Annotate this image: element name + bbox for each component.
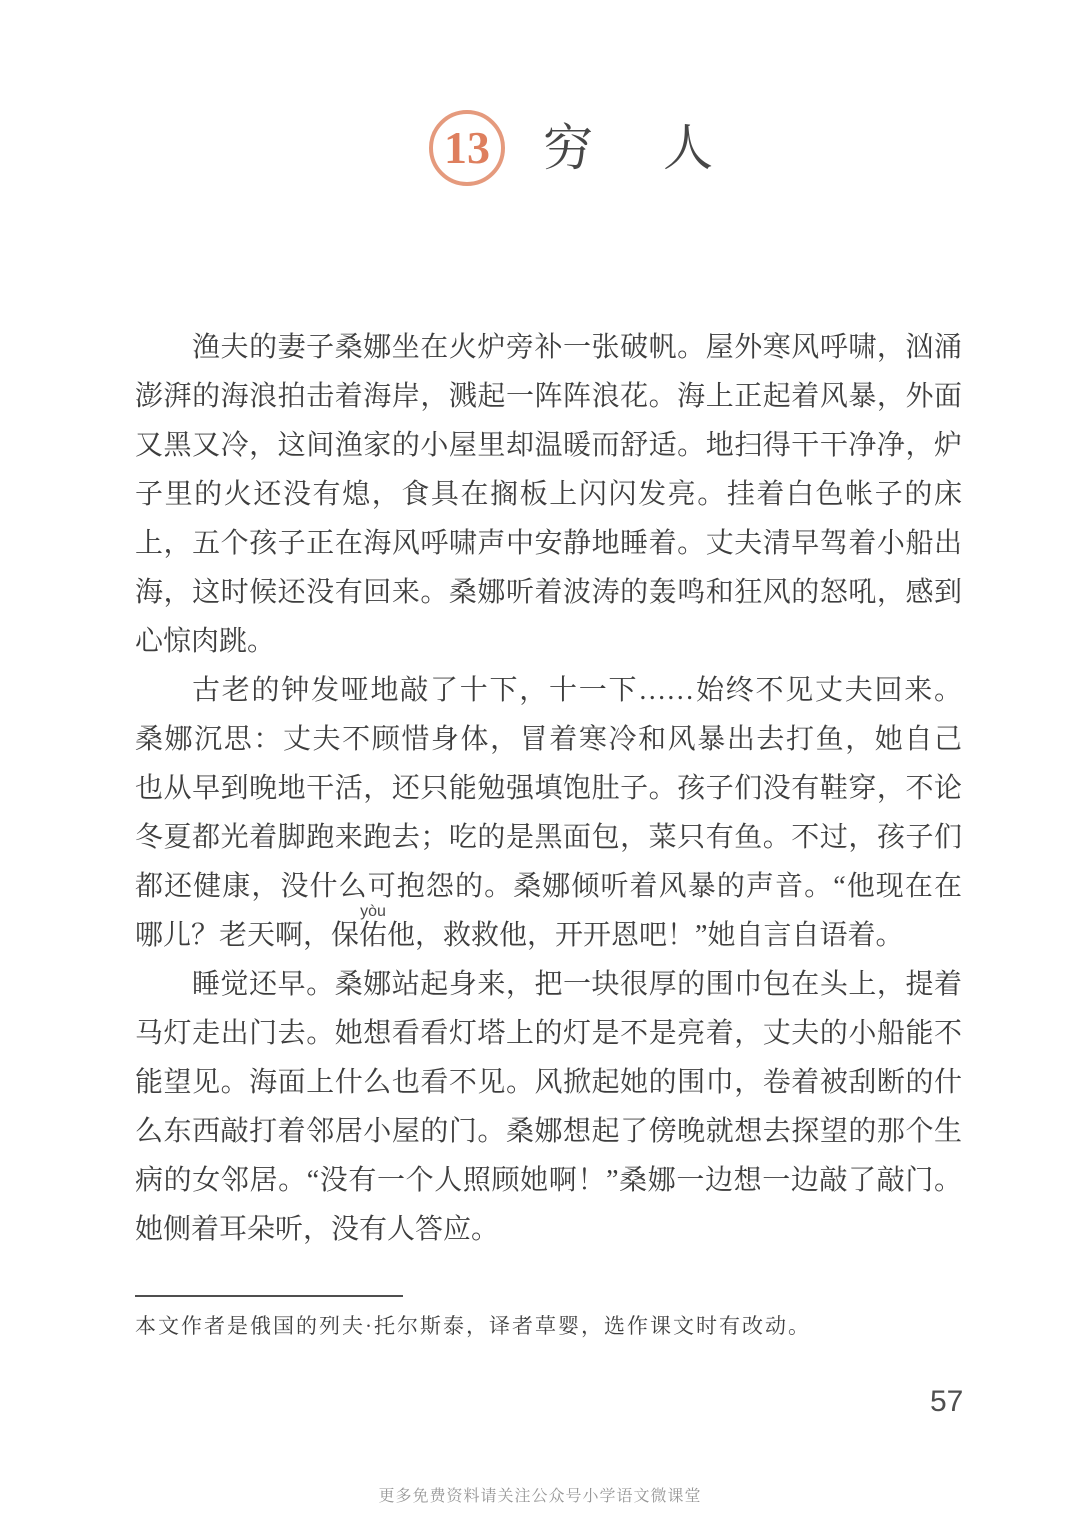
text-line: 么东西敲打着邻居小屋的门。桑娜想起了傍晚就想去探望的那个生 [135, 1107, 962, 1156]
paragraph: 睡觉还早。桑娜站起身来，把一块很厚的围巾包在头上，提着 马灯走出门去。她想看看灯… [135, 960, 962, 1254]
body-text: 渔夫的妻子桑娜坐在火炉旁补一张破帆。屋外寒风呼啸，汹涌 澎湃的海浪拍击着海岸，溅… [135, 323, 962, 1254]
lesson-title-row: 13 穷 人 [36, 110, 1080, 186]
paragraph: 渔夫的妻子桑娜坐在火炉旁补一张破帆。屋外寒风呼啸，汹涌 澎湃的海浪拍击着海岸，溅… [135, 323, 962, 666]
text-line: 桑娜沉思：丈夫不顾惜身体，冒着寒冷和风暴出去打鱼，她自己 [135, 715, 962, 764]
text-line: 古老的钟发哑地敲了十下，十一下……始终不见丈夫回来。 [135, 666, 962, 715]
text-line: 也从早到晚地干活，还只能勉强填饱肚子。孩子们没有鞋穿，不论 [135, 764, 962, 813]
ruby-annotated-char: yòu佑 [359, 911, 387, 960]
text-line: 海，这时候还没有回来。桑娜听着波涛的轰鸣和狂风的怒吼，感到 [135, 568, 962, 617]
footnote-text: 本文作者是俄国的列夫·托尔斯泰，译者草婴，选作课文时有改动。 [135, 1310, 811, 1340]
ruby-line-pre: 哪儿？老天啊，保 [135, 920, 359, 951]
page-title: 穷 人 [543, 123, 723, 173]
ruby-base-char: 佑 [359, 920, 387, 951]
textbook-page: 13 穷 人 渔夫的妻子桑娜坐在火炉旁补一张破帆。屋外寒风呼啸，汹涌 澎湃的海浪… [0, 0, 1080, 1527]
text-line: 澎湃的海浪拍击着海岸，溅起一阵阵浪花。海上正起着风暴，外面 [135, 372, 962, 421]
text-line: 上，五个孩子正在海风呼啸声中安静地睡着。丈夫清早驾着小船出 [135, 519, 962, 568]
footnote-rule [135, 1295, 403, 1297]
lesson-number-badge: 13 [429, 110, 505, 186]
text-line: 能望见。海面上什么也看不见。风掀起她的围巾，卷着被刮断的什 [135, 1058, 962, 1107]
ruby-line-post: 他，救救他，开开恩吧！”她自言自语着。 [387, 920, 903, 951]
text-line: 她侧着耳朵听，没有人答应。 [135, 1205, 962, 1254]
text-line: 睡觉还早。桑娜站起身来，把一块很厚的围巾包在头上，提着 [135, 960, 962, 1009]
paragraph: 古老的钟发哑地敲了十下，十一下……始终不见丈夫回来。 桑娜沉思：丈夫不顾惜身体，… [135, 666, 962, 960]
page-number: 57 [930, 1385, 963, 1419]
text-line: 病的女邻居。“没有一个人照顾她啊！”桑娜一边想一边敲了敲门。 [135, 1156, 962, 1205]
text-line: 都还健康，没什么可抱怨的。桑娜倾听着风暴的声音。“他现在在 [135, 862, 962, 911]
lesson-number: 13 [444, 125, 490, 171]
pinyin-annotation: yòu [360, 904, 386, 920]
text-line: 冬夏都光着脚跑来跑去；吃的是黑面包，菜只有鱼。不过，孩子们 [135, 813, 962, 862]
text-line: 渔夫的妻子桑娜坐在火炉旁补一张破帆。屋外寒风呼啸，汹涌 [135, 323, 962, 372]
text-line: 子里的火还没有熄，食具在搁板上闪闪发亮。挂着白色帐子的床 [135, 470, 962, 519]
text-line: 又黑又冷，这间渔家的小屋里却温暖而舒适。地扫得干干净净，炉 [135, 421, 962, 470]
text-line: 心惊肉跳。 [135, 617, 962, 666]
text-line: 马灯走出门去。她想看看灯塔上的灯是不是亮着，丈夫的小船能不 [135, 1009, 962, 1058]
footer-watermark: 更多免费资料请关注公众号小学语文微课堂 [0, 1483, 1080, 1506]
text-line: 哪儿？老天啊，保yòu佑他，救救他，开开恩吧！”她自言自语着。 [135, 911, 962, 960]
